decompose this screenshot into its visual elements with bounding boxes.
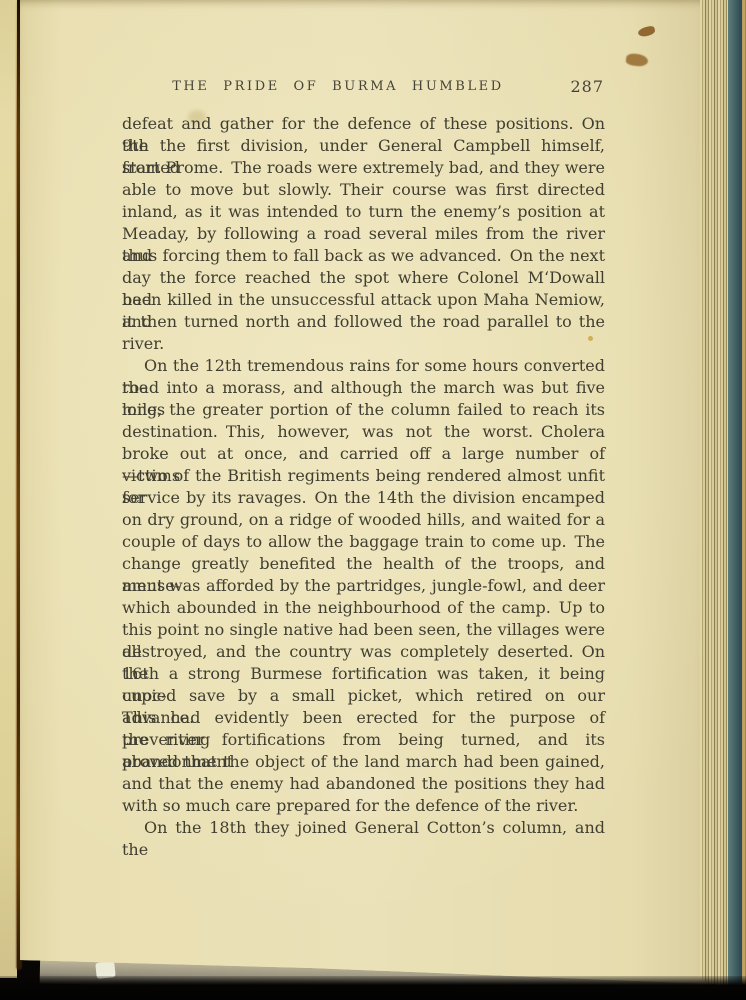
text-line: service by its ravages. On the 14th the …: [122, 487, 605, 509]
fore-edge-stack: [700, 0, 730, 992]
text-block: defeat and gather for the defence of the…: [122, 113, 605, 839]
text-line: —two of the British regiments being rend…: [122, 465, 605, 487]
text-line: ment was afforded by the partridges, jun…: [122, 575, 605, 597]
text-line: broke out at once, and carried off a lar…: [122, 443, 605, 465]
text-line: able to move but slowly. Their course wa…: [122, 179, 605, 201]
text-line: proved that the object of the land march…: [122, 751, 605, 773]
text-line: On the 18th they joined General Cotton’s…: [122, 817, 605, 839]
text-line: 9th the first division, under General Ca…: [122, 135, 605, 157]
text-line: Meaday, by following a road several mile…: [122, 223, 605, 245]
text-line: change greatly benefited the health of t…: [122, 553, 605, 575]
text-line: it then turned north and followed the ro…: [122, 311, 605, 333]
text-line: with so much care prepared for the defen…: [122, 795, 605, 817]
text-line: destroyed, and the country was completel…: [122, 641, 605, 663]
text-line: thus forcing them to fall back as we adv…: [122, 245, 605, 267]
text-line: been killed in the unsuccessful attack u…: [122, 289, 605, 311]
text-line: defeat and gather for the defence of the…: [122, 113, 605, 135]
text-line: cupied save by a small picket, which ret…: [122, 685, 605, 707]
facing-page-edge: [0, 0, 17, 978]
page-number: 287: [570, 77, 604, 96]
text-line: from Prome. The roads were extremely bad…: [122, 157, 605, 179]
text-line: this point no single native had been see…: [122, 619, 605, 641]
text-line: On the 12th tremendous rains for some ho…: [122, 355, 605, 377]
book-cover-edge: [728, 0, 742, 996]
text-line: This had evidently been erected for the …: [122, 707, 605, 729]
text-line: river.: [122, 333, 605, 355]
text-line: inland, as it was intended to turn the e…: [122, 201, 605, 223]
text-line: long, the greater portion of the column …: [122, 399, 605, 421]
running-head-title: THE PRIDE OF BURMA HUMBLED: [122, 79, 554, 94]
text-line: which abounded in the neighbourhood of t…: [122, 597, 605, 619]
text-line: and that the enemy had abandoned the pos…: [122, 773, 605, 795]
text-line: destination. This, however, was not the …: [122, 421, 605, 443]
bottom-shadow: [0, 976, 746, 1000]
text-line: on dry ground, on a ridge of wooded hill…: [122, 509, 605, 531]
text-line: couple of days to allow the baggage trai…: [122, 531, 605, 553]
text-line: the river fortifications from being turn…: [122, 729, 605, 751]
text-line: road into a morass, and although the mar…: [122, 377, 605, 399]
page-header: THE PRIDE OF BURMA HUMBLED 287: [122, 77, 604, 99]
cover-outer-trim: [742, 0, 746, 996]
text-line: 16th a strong Burmese fortification was …: [122, 663, 605, 685]
book-scan: THE PRIDE OF BURMA HUMBLED 287 defeat an…: [0, 0, 746, 1000]
text-line: day the force reached the spot where Col…: [122, 267, 605, 289]
